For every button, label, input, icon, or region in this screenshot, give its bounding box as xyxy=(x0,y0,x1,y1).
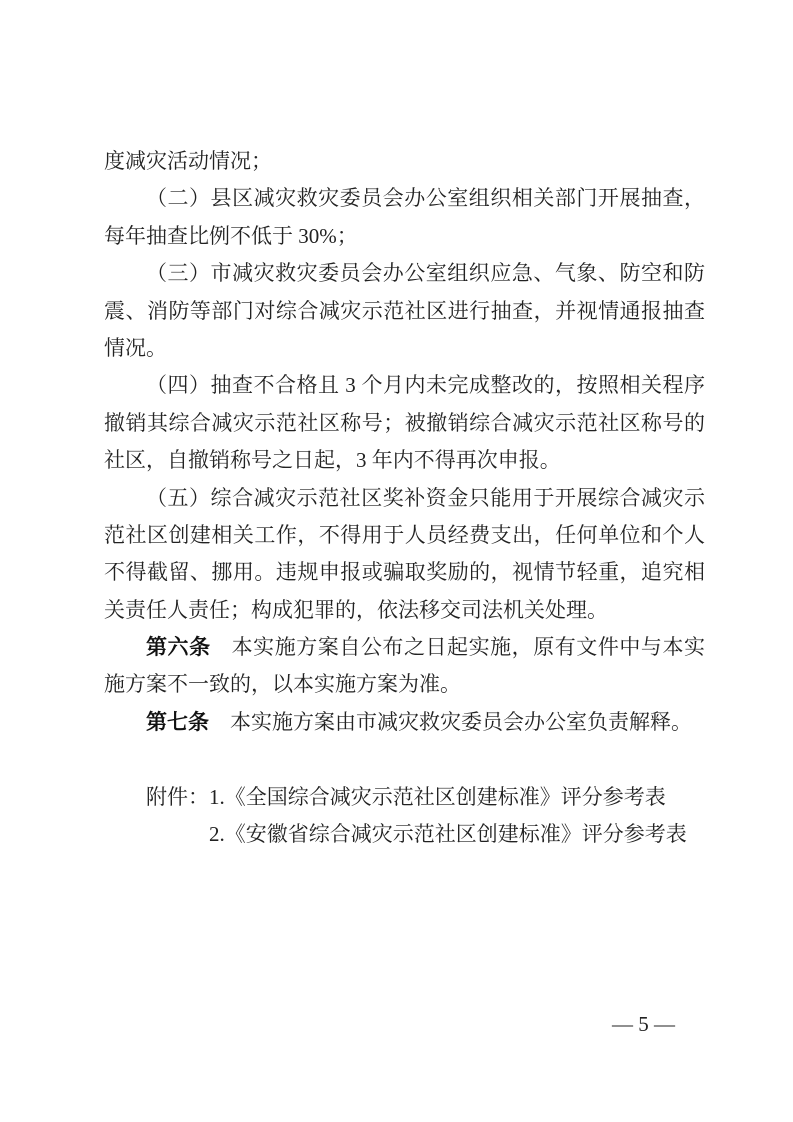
page-number: — 5 — xyxy=(612,1010,675,1038)
text-line: 每年抽查比例不低于 30%； xyxy=(104,218,705,255)
text-line: （四）抽查不合格且 3 个月内未完成整改的，按照相关程序 xyxy=(104,367,705,404)
text-line: （三）市减灾救灾委员会办公室组织应急、气象、防空和防 xyxy=(104,255,705,292)
article-number-term: 第七条 xyxy=(146,711,209,734)
text-line: 不得截留、挪用。违规申报或骗取奖励的，视情节轻重，追究相 xyxy=(104,554,705,591)
text-line: 情况。 xyxy=(104,330,705,367)
attachments-block: 附件： 1.《全国综合减灾示范社区创建标准》评分参考表 2.《安徽省综合减灾示范… xyxy=(104,779,705,854)
text-line: 撤销其综合减灾示范社区称号；被撤销综合减灾示范社区称号的 xyxy=(104,405,705,442)
article-number-term: 第六条 xyxy=(146,636,211,659)
article-text: 本实施方案由市减灾救灾委员会办公室负责解释。 xyxy=(230,710,692,734)
attachment-item: 1.《全国综合减灾示范社区创建标准》评分参考表 xyxy=(209,779,705,816)
attachments-label: 附件： xyxy=(146,779,209,816)
text-line: 关责任人责任；构成犯罪的，依法移交司法机关处理。 xyxy=(104,592,705,629)
body-text: 度减灾活动情况； （二）县区减灾救灾委员会办公室组织相关部门开展抽查， 每年抽查… xyxy=(104,143,705,853)
attachment-item: 2.《安徽省综合减灾示范社区创建标准》评分参考表 xyxy=(209,816,705,853)
text-line: 社区，自撤销称号之日起，3 年内不得再次申报。 xyxy=(104,442,705,479)
text-line: 范社区创建相关工作，不得用于人员经费支出，任何单位和个人 xyxy=(104,517,705,554)
attachments-list: 1.《全国综合减灾示范社区创建标准》评分参考表 2.《安徽省综合减灾示范社区创建… xyxy=(209,779,705,854)
text-line: （五）综合减灾示范社区奖补资金只能用于开展综合减灾示 xyxy=(104,480,705,517)
article-text: 本实施方案自公布之日起实施，原有文件中与本实 xyxy=(232,635,705,659)
text-line: 第七条本实施方案由市减灾救灾委员会办公室负责解释。 xyxy=(104,704,705,741)
text-line: 震、消防等部门对综合减灾示范社区进行抽查，并视情通报抽查 xyxy=(104,293,705,330)
text-line: 第六条本实施方案自公布之日起实施，原有文件中与本实 xyxy=(104,629,705,666)
text-line: 施方案不一致的，以本实施方案为准。 xyxy=(104,666,705,703)
document-page: 度减灾活动情况； （二）县区减灾救灾委员会办公室组织相关部门开展抽查， 每年抽查… xyxy=(0,0,793,1122)
text-line: 度减灾活动情况； xyxy=(104,143,705,180)
text-line: （二）县区减灾救灾委员会办公室组织相关部门开展抽查， xyxy=(104,180,705,217)
